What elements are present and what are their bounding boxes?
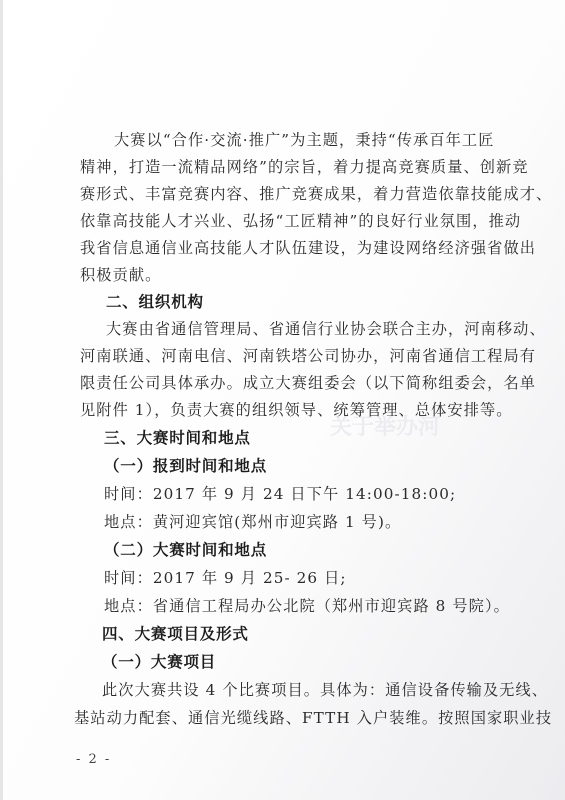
document-page: 关于举办河 ​ 大赛以“合作·交流·推广”为主题，秉持“传承百年工匠 精神，打造… <box>0 0 565 800</box>
section-heading: 四、大赛项目及形式 <box>102 624 249 644</box>
paragraph-line: 赛形式、丰富竞赛内容、推广竞赛成果，着力营造依靠技能成才、 <box>80 184 552 204</box>
paragraph-line: 我省信息通信业高技能人才队伍建设，为建设网络经济强省做出 <box>80 238 536 258</box>
section-heading: 三、大赛时间和地点 <box>104 428 251 448</box>
paragraph-line: 此次大赛共设 4 个比赛项目。具体为：通信设备传输及无线、 <box>102 680 548 700</box>
paragraph-line: 大赛由省通信管理局、省通信行业协会联合主办，河南移动、 <box>106 319 546 339</box>
paragraph-line: 基站动力配套、通信光缆线路、FTTH 入户装维。按照国家职业技 <box>74 708 552 728</box>
page-number: - 2 - <box>76 752 111 767</box>
subsection-heading: （一）大赛项目 <box>102 652 216 672</box>
paragraph-line: 精神，打造一流精品网络”的宗旨，着力提高竞赛质量、创新竞 <box>80 157 529 177</box>
paragraph-line: 大赛以“合作·交流·推广”为主题，秉持“传承百年工匠 <box>114 130 495 150</box>
subsection-heading: （一）报到时间和地点 <box>104 456 267 476</box>
paragraph-line: 见附件 1），负责大赛的组织领导、统筹管理、总体安排等。 <box>80 400 513 420</box>
section-heading: 二、组织机构 <box>106 292 204 312</box>
paragraph-line: 时间：2017 年 9 月 25- 26 日; <box>104 568 347 588</box>
paragraph-line: 地点：省通信工程局办公北院（郑州市迎宾路 8 号院）。 <box>104 596 510 616</box>
subsection-heading: （二）大赛时间和地点 <box>104 540 267 560</box>
scan-edge <box>0 0 3 800</box>
paragraph-line: 依靠高技能人才兴业、弘扬“工匠精神”的良好行业氛围，推动 <box>80 211 521 231</box>
paragraph-line: 积极贡献。 <box>80 265 161 285</box>
paragraph-line: 时间：2017 年 9 月 24 日下午 14:00-18:00; <box>104 484 456 504</box>
paragraph-line: 河南联通、河南电信、河南铁塔公司协办，河南省通信工程局有 <box>80 346 536 366</box>
paragraph-line: 地点：黄河迎宾馆(郑州市迎宾路 1 号)。 <box>104 512 401 532</box>
paragraph-line: 限责任公司具体承办。成立大赛组委会（以下简称组委会，名单 <box>80 373 536 393</box>
